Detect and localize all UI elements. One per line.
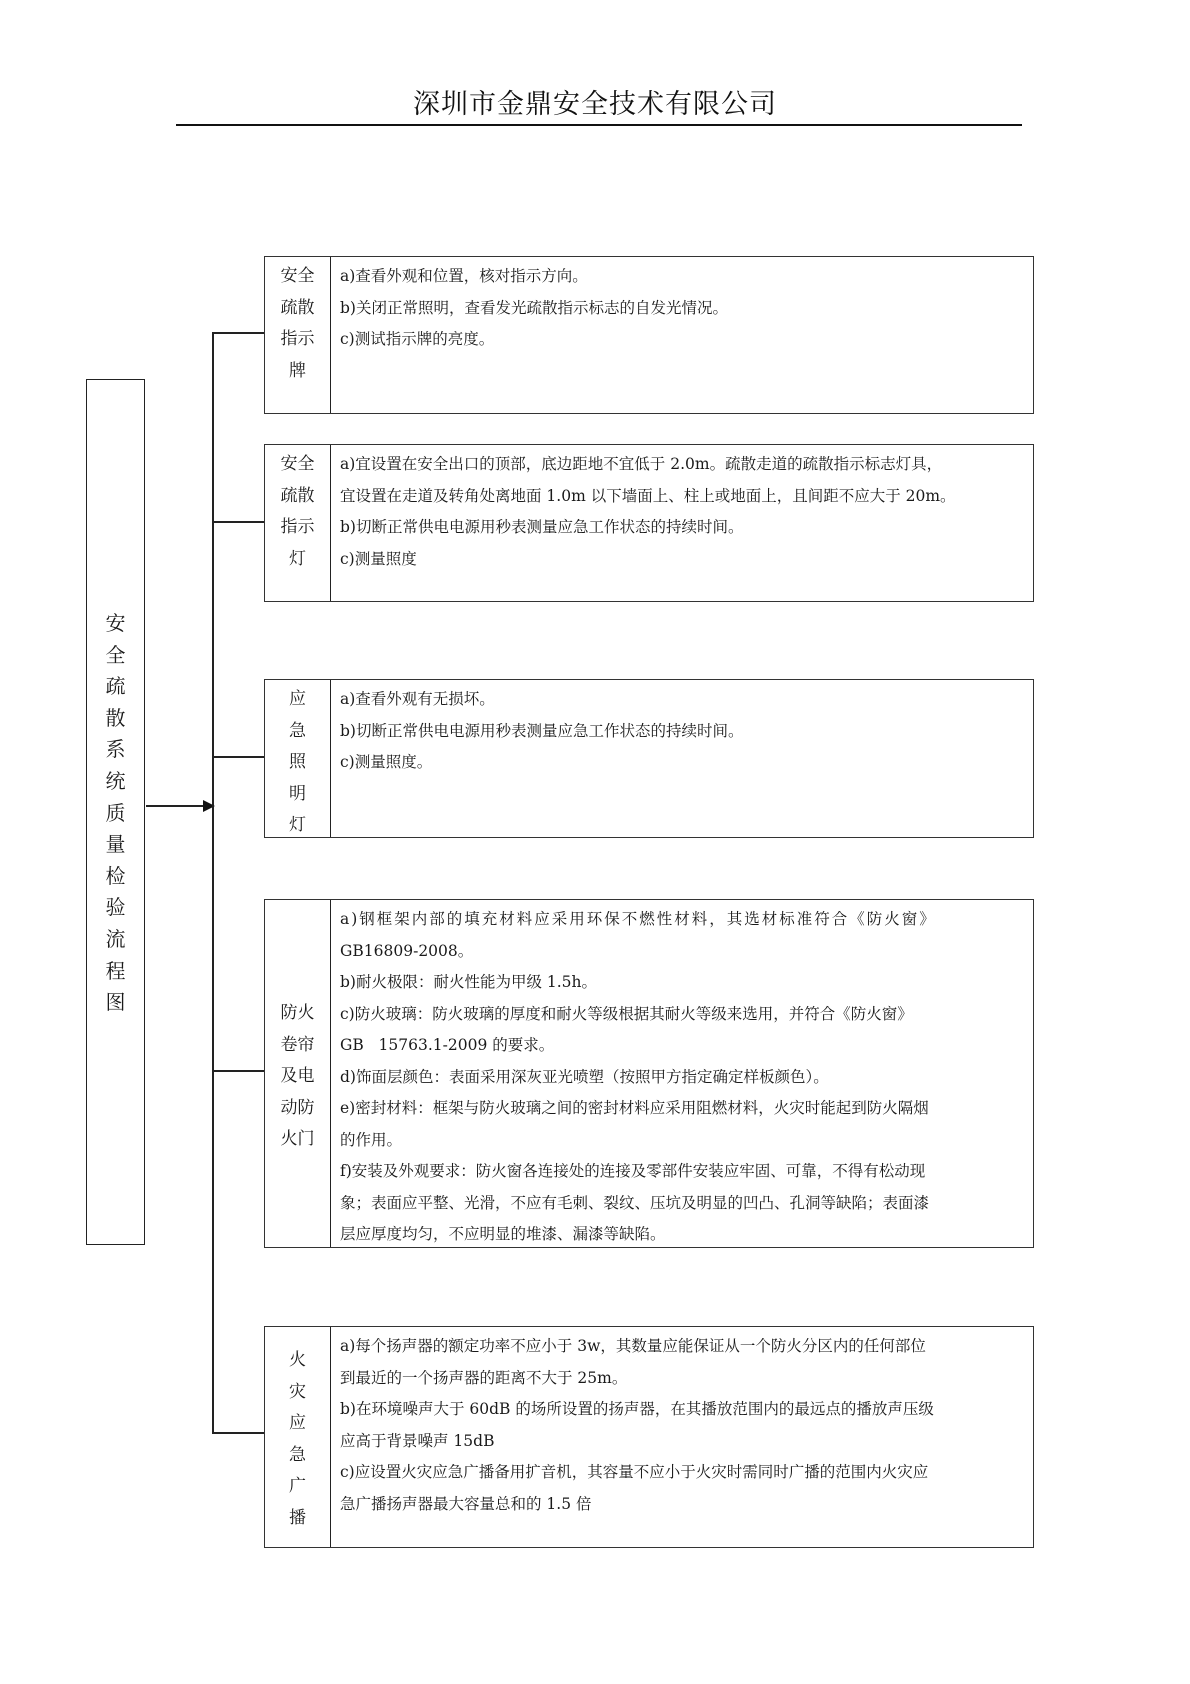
label-line: 灾 [265,1377,330,1409]
box-content: a)查看外观有无损坏。 b)切断正常供电电源用秒表测量应急工作状态的持续时间。 … [331,680,1033,837]
label-line: 火 [265,1345,330,1377]
requirement-line: 应高于背景噪声 15dB [340,1426,1025,1458]
root-title-char: 检 [87,861,144,893]
label-line: 急 [265,1440,330,1472]
box-label: 防火 卷帘 及电 动防 火门 [265,900,331,1247]
label-line: 安全 [265,449,330,481]
root-title-char: 散 [87,703,144,735]
box-label: 安全 疏散 指示 牌 [265,257,331,413]
branch-connector-1 [212,332,265,334]
root-title-char: 量 [87,829,144,861]
label-line: 应 [265,1408,330,1440]
root-title-char: 全 [87,640,144,672]
requirement-line: b)切断正常供电电源用秒表测量应急工作状态的持续时间。 [340,716,1025,748]
requirement-line: e)密封材料：框架与防火玻璃之间的密封材料应采用阻燃材料，火灾时能起到防火隔烟 [340,1093,1025,1125]
label-line: 灯 [265,810,330,842]
requirement-line: d)饰面层颜色：表面采用深灰亚光喷塑（按照甲方指定确定样板颜色）。 [340,1062,1025,1094]
root-title-char: 质 [87,798,144,830]
label-line: 播 [265,1503,330,1535]
requirement-line: 急广播扬声器最大容量总和的 1.5 倍 [340,1489,1025,1521]
box-label: 应 急 照 明 灯 [265,680,331,837]
label-line: 指示 [265,512,330,544]
requirement-line: GB16809-2008。 [340,936,1025,968]
inspection-box-emergency-broadcast: 火 灾 应 急 广 播 a)每个扬声器的额定功率不应小于 3w，其数量应能保证从… [264,1326,1034,1548]
label-line: 灯 [265,544,330,576]
label-line: 火门 [265,1124,330,1156]
header-divider [176,124,1022,126]
inspection-box-emergency-light: 应 急 照 明 灯 a)查看外观有无损坏。 b)切断正常供电电源用秒表测量应急工… [264,679,1034,838]
root-title-char: 验 [87,892,144,924]
label-line: 安全 [265,261,330,293]
box-content: a)钢框架内部的填充材料应采用环保不燃性材料，其选材标准符合《防火窗》 GB16… [331,900,1033,1247]
box-content: a)查看外观和位置，核对指示方向。 b)关闭正常照明，查看发光疏散指示标志的自发… [331,257,1033,413]
box-content: a)宜设置在安全出口的顶部，底边距地不宜低于 2.0m。疏散走道的疏散指示标志灯… [331,445,1033,601]
label-line: 防火 [265,998,330,1030]
company-name: 深圳市金鼎安全技术有限公司 [0,82,1190,121]
label-line: 及电 [265,1061,330,1093]
label-line: 牌 [265,356,330,388]
root-node-title: 安 全 疏 散 系 统 质 量 检 验 流 程 图 [87,608,144,1019]
label-line: 广 [265,1471,330,1503]
box-label: 火 灾 应 急 广 播 [265,1327,331,1547]
requirement-line: b)切断正常供电电源用秒表测量应急工作状态的持续时间。 [340,512,1025,544]
branch-connector-3 [212,756,265,758]
requirement-line: 宜设置在走道及转角处离地面 1.0m 以下墙面上、柱上或地面上，且间距不应大于 … [340,481,1025,513]
requirement-line: b)关闭正常照明，查看发光疏散指示标志的自发光情况。 [340,293,1025,325]
requirement-line: c)测量照度。 [340,747,1025,779]
root-title-char: 系 [87,734,144,766]
root-title-char: 图 [87,987,144,1019]
box-label: 安全 疏散 指示 灯 [265,445,331,601]
requirement-line: b)耐火极限：耐火性能为甲级 1.5h。 [340,967,1025,999]
root-connector [146,805,206,807]
inspection-box-fire-shutter-door: 防火 卷帘 及电 动防 火门 a)钢框架内部的填充材料应采用环保不燃性材料，其选… [264,899,1034,1248]
label-line: 卷帘 [265,1030,330,1062]
root-title-char: 疏 [87,671,144,703]
requirement-line: 象；表面应平整、光滑，不应有毛刺、裂纹、压坑及明显的凹凸、孔洞等缺陷；表面漆 [340,1188,1025,1220]
label-line: 疏散 [265,481,330,513]
requirement-line: c)防火玻璃：防火玻璃的厚度和耐火等级根据其耐火等级来选用，并符合《防火窗》 [340,999,1025,1031]
requirement-line: GB 15763.1-2009 的要求。 [340,1030,1025,1062]
root-title-char: 安 [87,608,144,640]
label-line: 动防 [265,1093,330,1125]
requirement-line: c)测试指示牌的亮度。 [340,324,1025,356]
requirement-line: f)安装及外观要求：防火窗各连接处的连接及零部件安装应牢固、可靠，不得有松动现 [340,1156,1025,1188]
requirement-line: a)宜设置在安全出口的顶部，底边距地不宜低于 2.0m。疏散走道的疏散指示标志灯… [340,449,1025,481]
requirement-line: a)查看外观和位置，核对指示方向。 [340,261,1025,293]
branch-connector-2 [212,521,265,523]
root-title-char: 程 [87,956,144,988]
inspection-box-exit-sign: 安全 疏散 指示 牌 a)查看外观和位置，核对指示方向。 b)关闭正常照明，查看… [264,256,1034,414]
label-line: 疏散 [265,293,330,325]
requirement-line: a)每个扬声器的额定功率不应小于 3w，其数量应能保证从一个防火分区内的任何部位 [340,1331,1025,1363]
inspection-box-exit-light: 安全 疏散 指示 灯 a)宜设置在安全出口的顶部，底边距地不宜低于 2.0m。疏… [264,444,1034,602]
requirement-line: a)钢框架内部的填充材料应采用环保不燃性材料，其选材标准符合《防火窗》 [340,904,1025,936]
trunk-connector [212,332,214,1432]
requirement-line: 的作用。 [340,1125,1025,1157]
branch-connector-4 [212,1070,265,1072]
label-line: 应 [265,684,330,716]
root-title-char: 流 [87,924,144,956]
label-line: 指示 [265,324,330,356]
label-line: 照 [265,747,330,779]
requirement-line: 到最近的一个扬声器的距离不大于 25m。 [340,1363,1025,1395]
branch-connector-5 [212,1432,265,1434]
label-line: 明 [265,779,330,811]
requirement-line: b)在环境噪声大于 60dB 的场所设置的扬声器，在其播放范围内的最远点的播放声… [340,1394,1025,1426]
requirement-line: c)应设置火灾应急广播备用扩音机，其容量不应小于火灾时需同时广播的范围内火灾应 [340,1457,1025,1489]
root-node-box: 安 全 疏 散 系 统 质 量 检 验 流 程 图 [86,379,145,1245]
requirement-line: 层应厚度均匀，不应明显的堆漆、漏漆等缺陷。 [340,1219,1025,1251]
root-title-char: 统 [87,766,144,798]
requirement-line: c)测量照度 [340,544,1025,576]
label-line: 急 [265,716,330,748]
box-content: a)每个扬声器的额定功率不应小于 3w，其数量应能保证从一个防火分区内的任何部位… [331,1327,1033,1547]
requirement-line: a)查看外观有无损坏。 [340,684,1025,716]
